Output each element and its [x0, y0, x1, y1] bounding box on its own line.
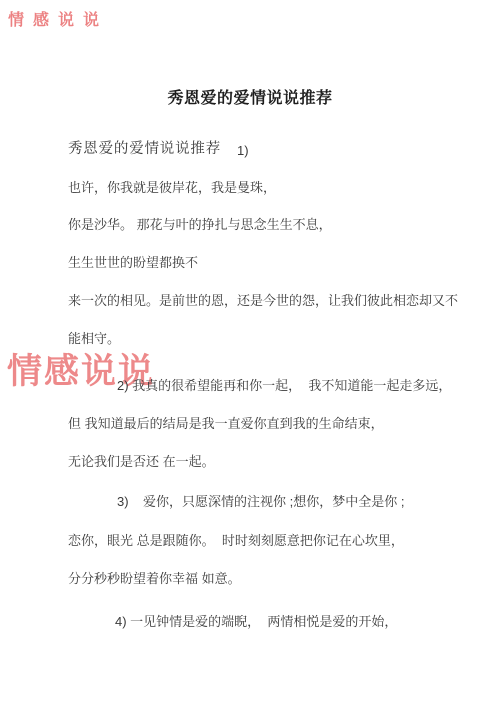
body-subtitle-line: 秀恩爱的爱情说说推荐: [68, 142, 221, 156]
list-marker: 1): [237, 144, 249, 158]
text-line: 4) 一见钟情是爱的端睨， 两情相悦是爱的开始，: [115, 615, 397, 629]
page-title: 秀恩爱的爱情说说推荐: [0, 85, 500, 108]
text-line: 2) 我真的很希望能再和你一起， 我不知道能一起走多远，: [117, 379, 451, 393]
text-line: 来一次的相见。是前世的恩，还是今世的怨，让我们彼此相恋却又不: [68, 294, 458, 308]
text-line: 分分秒秒盼望着你幸福 如意。: [68, 572, 241, 586]
document-page: 情感说说 秀恩爱的爱情说说推荐 情感说说 秀恩爱的爱情说说推荐 1) 也许，你我…: [0, 0, 500, 708]
text-line: 3) 爱你，只愿深情的注视你 ;想你，梦中全是你 ;: [117, 495, 404, 509]
text-line: 能相守。: [68, 332, 120, 346]
text-line: 生生世世的盼望都换不: [68, 256, 198, 270]
text-line: 也许，你我就是彼岸花，我是曼珠，: [68, 181, 276, 195]
corner-watermark: 情感说说: [8, 7, 108, 30]
text-line: 但 我知道最后的结局是我一直爱你直到我的生命结束，: [68, 417, 384, 431]
text-line: 你是沙华。 那花与叶的挣扎与思念生生不息，: [68, 218, 332, 232]
text-line: 无论我们是否还 在一起。: [68, 455, 215, 469]
text-line: 恋你，眼光 总是跟随你。 时时刻刻愿意把你记在心坎里，: [68, 534, 404, 548]
